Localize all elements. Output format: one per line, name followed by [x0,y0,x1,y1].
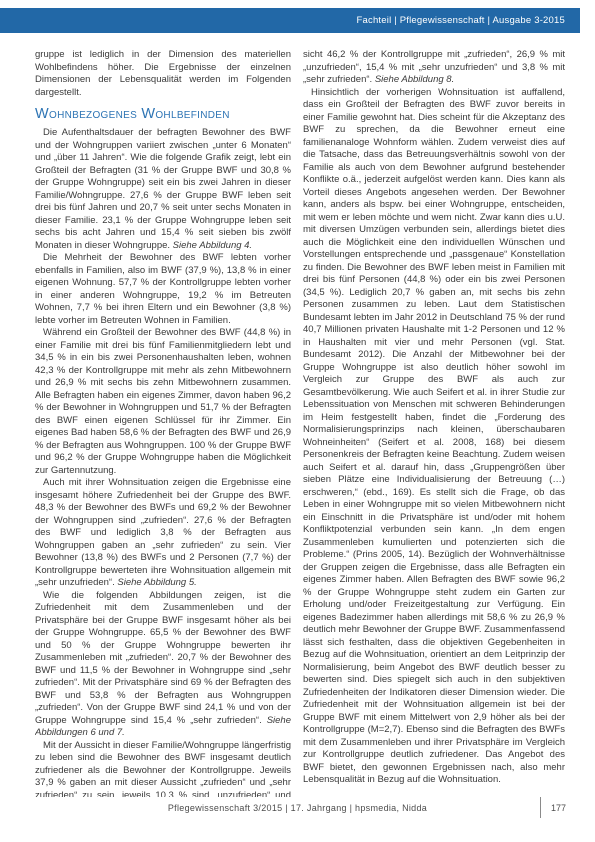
footer-divider [540,797,541,818]
section-heading: Wohnbezogenes Wohlbefinden [35,106,291,122]
body-paragraph: Die Mehrheit der Bewohner des BWF lebten… [35,252,291,327]
body-paragraph: Wie die folgenden Abbildungen zeigen, is… [35,590,291,740]
page-number: 177 [551,803,566,813]
document-page: Fachteil | Pflegewissenschaft | Ausgabe … [0,0,595,842]
body-paragraph: gruppe ist lediglich in der Dimension de… [35,49,291,99]
body-paragraph: sicht 46,2 % der Kontrollgruppe mit „zuf… [303,49,565,87]
footer-journal-line: Pflegewissenschaft 3/2015 | 17. Jahrgang… [0,803,595,813]
right-column: sicht 46,2 % der Kontrollgruppe mit „zuf… [303,49,565,797]
left-column: gruppe ist lediglich in der Dimension de… [35,49,291,797]
body-paragraph: Die Aufenthaltsdauer der befragten Bewoh… [35,127,291,252]
page-header-bar: Fachteil | Pflegewissenschaft | Ausgabe … [0,8,580,33]
body-paragraph: Auch mit ihrer Wohnsituation zeigen die … [35,477,291,590]
body-paragraph: Während ein Großteil der Bewohner des BW… [35,327,291,477]
header-bar-text: Fachteil | Pflegewissenschaft | Ausgabe … [357,15,565,26]
body-paragraph: Hinsichtlich der vorherigen Wohnsituatio… [303,87,565,787]
body-paragraph: Mit der Aussicht in dieser Familie/Wohng… [35,740,291,798]
